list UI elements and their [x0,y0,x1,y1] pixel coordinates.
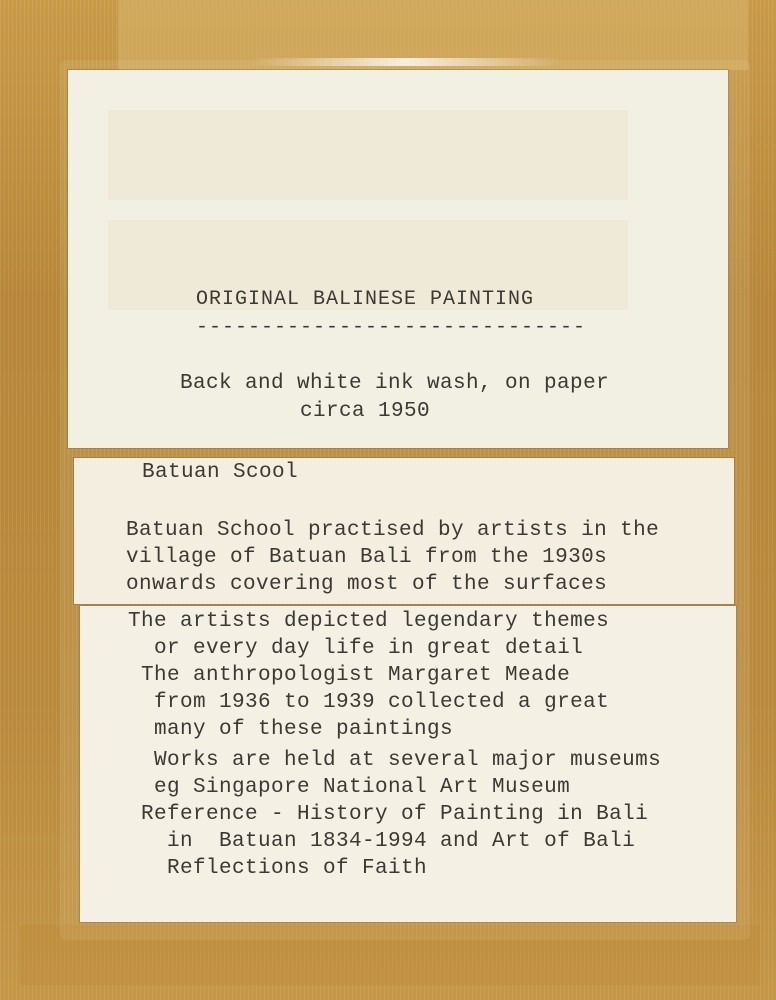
school-line: village of Batuan Bali from the 1930s [126,545,607,572]
description-line: The artists depicted legendary themes [128,609,609,636]
description-line: Reference - History of Painting in Bali [128,802,648,829]
school-line: Batuan School practised by artists in th… [126,518,659,545]
date-text: circa 1950 [300,400,430,423]
plastic-glare [250,58,560,66]
label-title: ORIGINAL BALINESE PAINTING [196,288,534,311]
tape-strip [108,110,628,200]
description-line: many of these paintings [128,717,453,744]
description-line: eg Singapore National Art Museum [128,775,570,802]
description-line: or every day life in great detail [128,636,583,663]
description-line: Reflections of Faith [128,856,427,883]
description-line: The anthropologist Margaret Meade [128,663,570,690]
school-heading: Batuan Scool [142,461,298,484]
school-line: onwards covering most of the surfaces [126,572,607,599]
description-line: in Batuan 1834-1994 and Art of Bali [128,829,635,856]
description-line: from 1936 to 1939 collected a great [128,690,609,717]
medium-text: Back and white ink wash, on paper [180,372,609,395]
description-line: Works are held at several major museums [128,748,661,775]
title-underline: ------------------------------ [196,316,586,339]
